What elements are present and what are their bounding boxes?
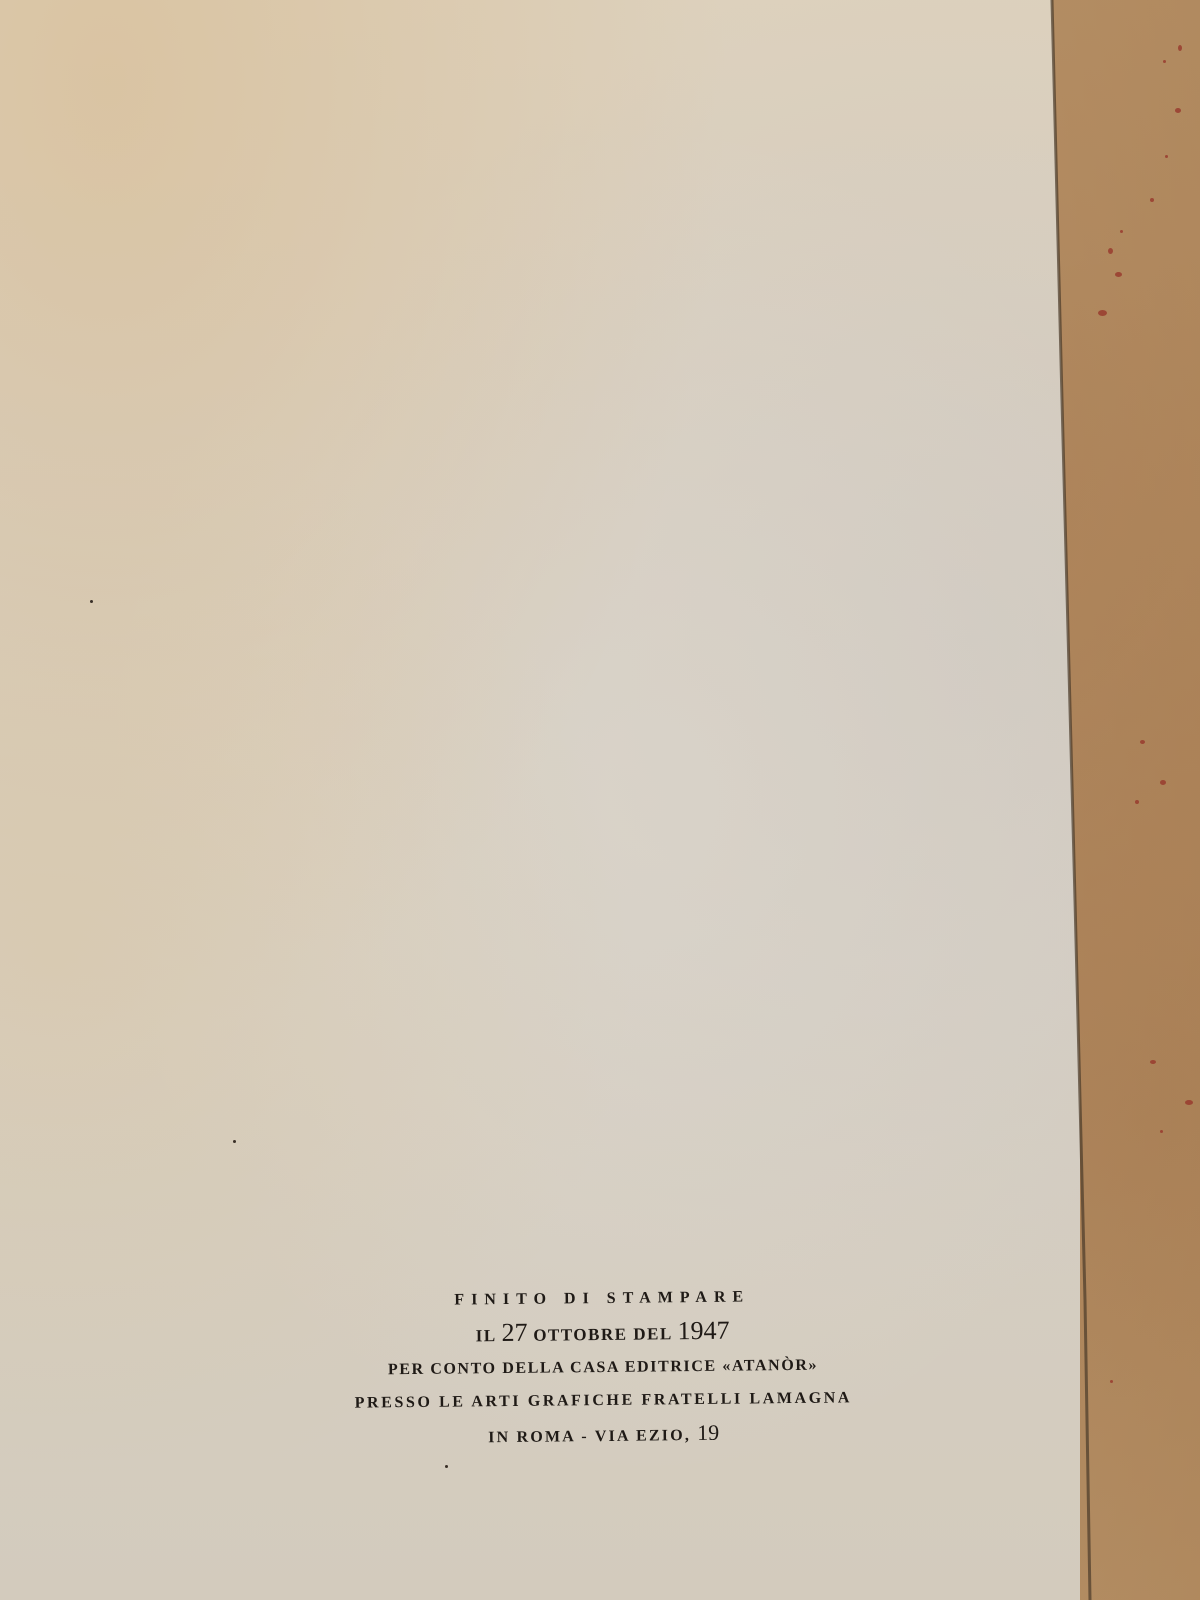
paper-speck: [233, 1140, 236, 1143]
paper-speck: [445, 1465, 448, 1468]
colophon-line-printer: PRESSO LE ARTI GRAFICHE FRATELLI LAMAGNA: [270, 1381, 936, 1421]
date-year: 1947: [677, 1316, 729, 1346]
address-number: 19: [697, 1420, 719, 1445]
address-text: IN ROMA - VIA EZIO,: [488, 1427, 691, 1446]
paper-speck: [90, 600, 93, 603]
colophon: FINITO DI STAMPARE IL 27 OTTOBRE DEL 194…: [269, 1279, 937, 1457]
date-month: OTTOBRE DEL: [533, 1324, 672, 1344]
date-day: 27: [501, 1318, 527, 1347]
colophon-line-address: IN ROMA - VIA EZIO, 19: [271, 1414, 937, 1457]
date-prefix: IL: [476, 1326, 496, 1345]
